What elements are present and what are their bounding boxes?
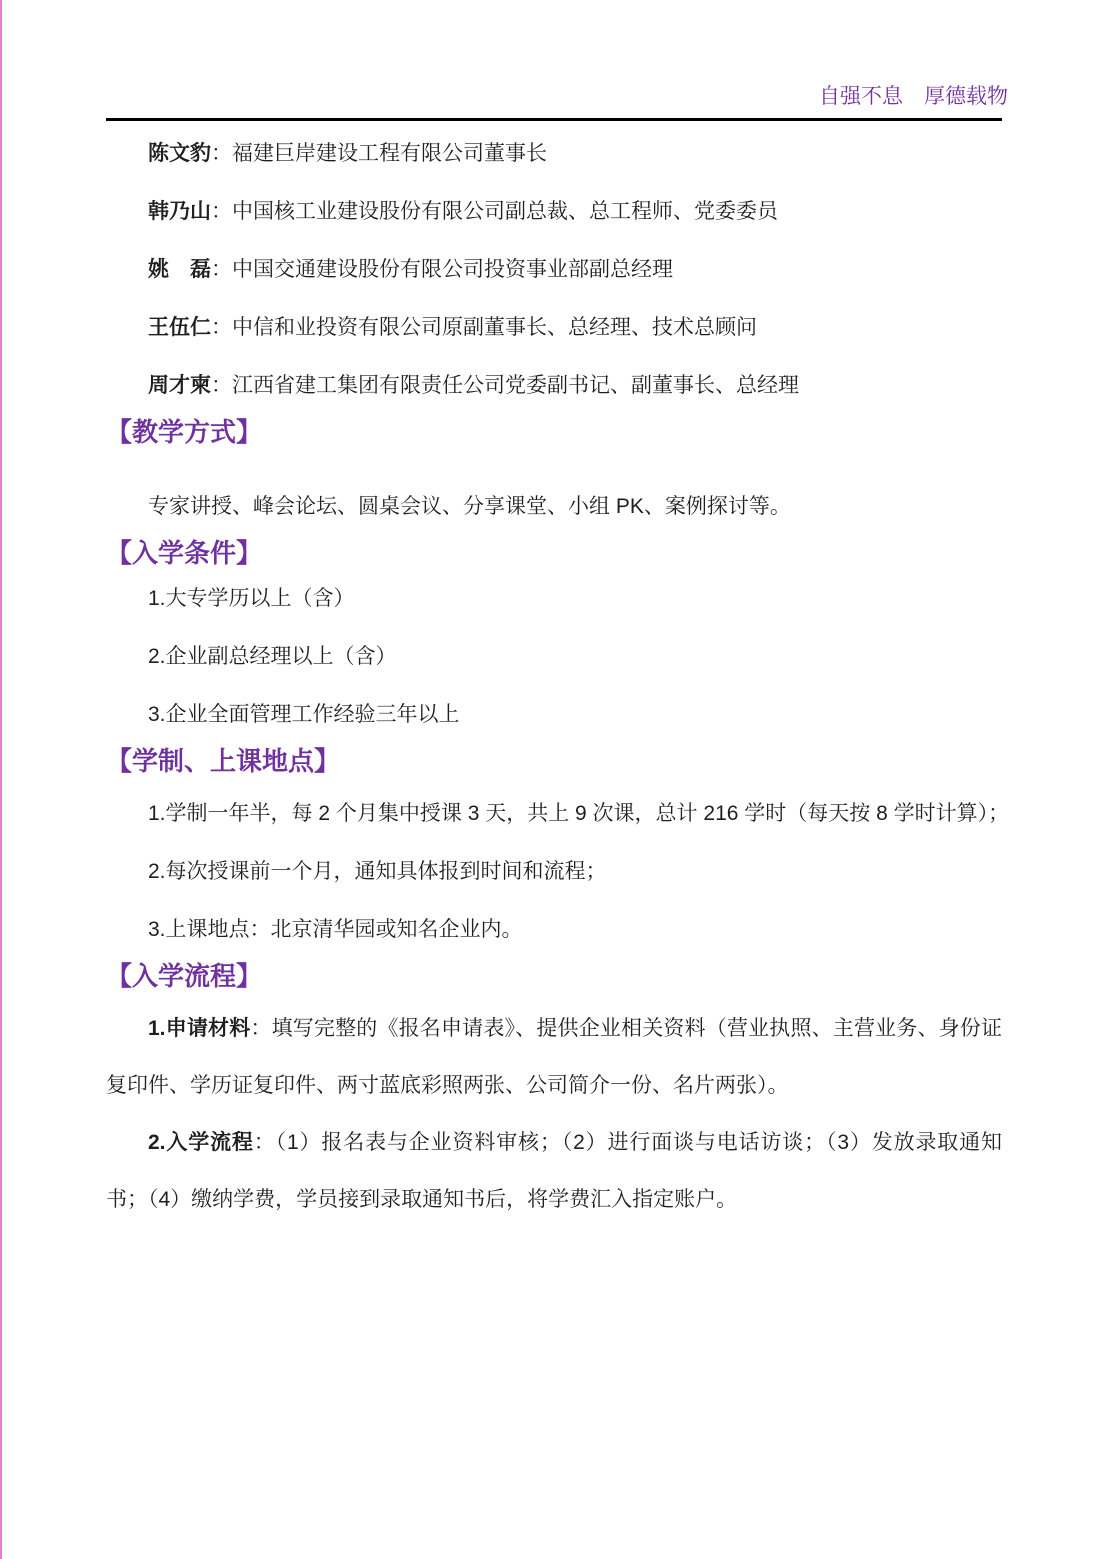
admission-requirement-item: 3.企业全面管理工作经验三年以上 <box>106 686 1002 744</box>
admission-process-paragraph: 1.申请材料：填写完整的《报名申请表》、提供企业相关资料（营业执照、主营业务、身… <box>106 1000 1002 1114</box>
faculty-line: 周才柬：江西省建工集团有限责任公司党委副书记、副董事长、总经理 <box>106 357 1002 415</box>
colon-separator: ： <box>211 316 232 339</box>
colon-separator: ： <box>254 1131 276 1154</box>
colon-separator: ： <box>211 374 232 397</box>
header-motto: 自强不息 厚德载物 <box>819 84 1008 110</box>
faculty-title: 中国交通建设股份有限公司投资事业部副总经理 <box>232 258 673 281</box>
section-heading-teaching-method: 【教学方式】 <box>106 415 1002 449</box>
faculty-line: 王伍仁：中信和业投资有限公司原副董事长、总经理、技术总顾问 <box>106 299 1002 357</box>
faculty-line: 姚 磊：中国交通建设股份有限公司投资事业部副总经理 <box>106 241 1002 299</box>
admission-process-paragraph: 2.入学流程：（1）报名表与企业资料审核；（2）进行面谈与电话访谈；（3）发放录… <box>106 1114 1002 1228</box>
schedule-location-item: 2.每次授课前一个月，通知具体报到时间和流程； <box>106 843 1002 901</box>
colon-separator: ： <box>250 1017 271 1040</box>
faculty-name: 姚 磊 <box>148 258 211 281</box>
faculty-title: 江西省建工集团有限责任公司党委副书记、副董事长、总经理 <box>232 374 799 397</box>
schedule-location-item: 1.学制一年半，每 2 个月集中授课 3 天，共上 9 次课，总计 216 学时… <box>106 785 1002 843</box>
colon-separator: ： <box>211 200 232 223</box>
schedule-location-item: 3.上课地点：北京清华园或知名企业内。 <box>106 901 1002 959</box>
paragraph-lead: 1.申请材料 <box>148 1017 250 1040</box>
faculty-title: 中信和业投资有限公司原副董事长、总经理、技术总顾问 <box>232 316 757 339</box>
faculty-name: 周才柬 <box>148 374 211 397</box>
faculty-name: 韩乃山 <box>148 200 211 223</box>
paragraph-lead: 2.入学流程 <box>148 1131 254 1154</box>
colon-separator: ： <box>211 258 232 281</box>
page-content: 陈文豹：福建巨岸建设工程有限公司董事长 韩乃山：中国核工业建设股份有限公司副总裁… <box>106 125 1002 1228</box>
section-heading-admission-requirements: 【入学条件】 <box>106 536 1002 570</box>
faculty-name: 王伍仁 <box>148 316 211 339</box>
faculty-line: 韩乃山：中国核工业建设股份有限公司副总裁、总工程师、党委委员 <box>106 183 1002 241</box>
left-edge-strip <box>0 0 2 1559</box>
colon-separator: ： <box>211 142 232 165</box>
faculty-title: 中国核工业建设股份有限公司副总裁、总工程师、党委委员 <box>232 200 778 223</box>
document-page: 自强不息 厚德载物 陈文豹：福建巨岸建设工程有限公司董事长 韩乃山：中国核工业建… <box>0 0 1102 1559</box>
header-rule <box>106 118 1002 121</box>
section-heading-schedule-location: 【学制、上课地点】 <box>106 744 1002 778</box>
admission-requirement-item: 2.企业副总经理以上（含） <box>106 628 1002 686</box>
faculty-name: 陈文豹 <box>148 142 211 165</box>
admission-requirement-item: 1.大专学历以上（含） <box>106 570 1002 628</box>
section-heading-admission-process: 【入学流程】 <box>106 959 1002 993</box>
teaching-method-body: 专家讲授、峰会论坛、圆桌会议、分享课堂、小组 PK、案例探讨等。 <box>106 478 1002 536</box>
faculty-line: 陈文豹：福建巨岸建设工程有限公司董事长 <box>106 125 1002 183</box>
faculty-title: 福建巨岸建设工程有限公司董事长 <box>232 142 547 165</box>
